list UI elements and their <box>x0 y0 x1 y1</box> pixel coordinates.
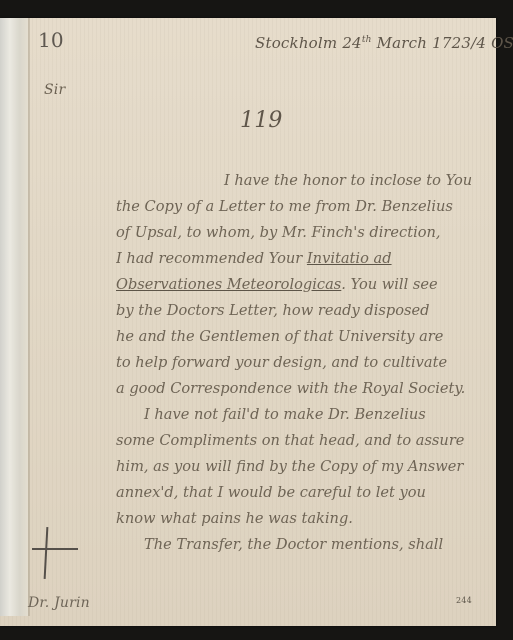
margin-cross-mark-bar <box>32 548 78 550</box>
body-line: know what pains he was taking. <box>116 506 496 532</box>
body-line: some Compliments on that head, and to as… <box>116 428 496 454</box>
page-number: 244 <box>456 596 472 605</box>
body-line: The Transfer, the Doctor mentions, shall <box>116 532 496 558</box>
dateline-day: 24 <box>342 34 362 52</box>
binding-edge <box>28 18 30 616</box>
addressee: Dr. Jurin <box>28 595 90 611</box>
body-line: the Copy of a Letter to me from Dr. Benz… <box>116 194 496 220</box>
dateline-place: Stockholm <box>255 34 337 52</box>
body-line: annex'd, that I would be careful to let … <box>116 480 496 506</box>
dateline-style: OS <box>491 34 513 52</box>
dateline-day-suffix: th <box>362 35 372 45</box>
body-line: I have not fail'd to make Dr. Benzelius <box>116 402 496 428</box>
folio-mark: 10 <box>38 28 64 52</box>
body-line: to help forward your design, and to cult… <box>116 350 496 376</box>
salutation: Sir <box>44 82 65 98</box>
body-line: he and the Gentlemen of that University … <box>116 324 496 350</box>
item-number: 119 <box>240 108 283 133</box>
dateline-month-year: March 1723/4 <box>377 34 486 52</box>
dateline: Stockholm 24th March 1723/4 OS <box>255 34 513 52</box>
letter-body: I have the honor to inclose to You the C… <box>116 168 496 558</box>
body-line: Observationes Meteorologicas. You will s… <box>116 272 496 298</box>
body-line: of Upsal, to whom, by Mr. Finch's direct… <box>116 220 496 246</box>
body-line: him, as you will find by the Copy of my … <box>116 454 496 480</box>
body-line: a good Correspondence with the Royal Soc… <box>116 376 496 402</box>
underlined-phrase: Invitatio ad <box>307 250 392 267</box>
body-line: I have the honor to inclose to You <box>116 168 496 194</box>
body-line: I had recommended Your Invitatio ad <box>116 246 496 272</box>
binding-strip <box>0 18 28 616</box>
body-line: by the Doctors Letter, how ready dispose… <box>116 298 496 324</box>
underlined-phrase: Observationes Meteorologicas <box>116 276 341 293</box>
